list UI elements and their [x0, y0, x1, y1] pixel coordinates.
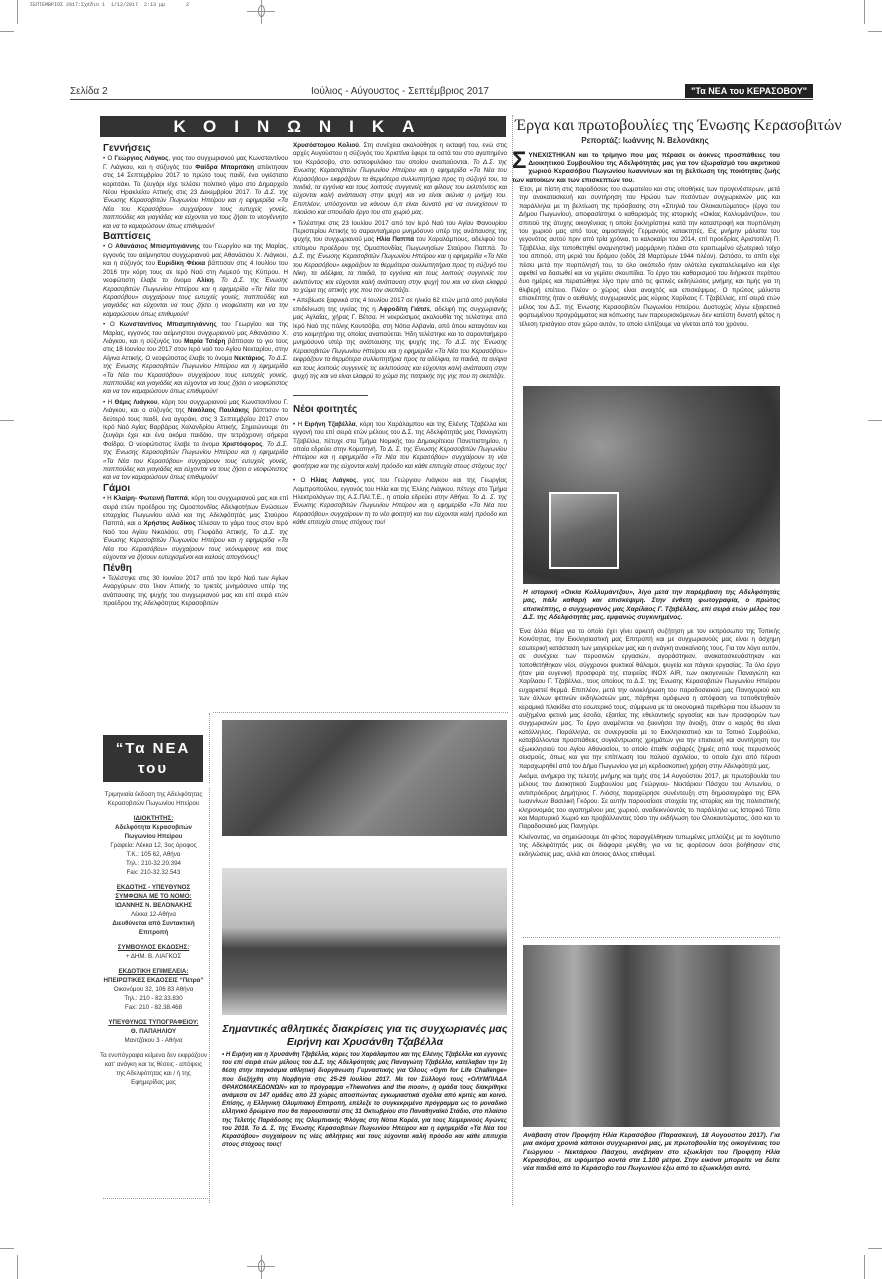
article-headline: Έργα και πρωτοβουλίες της Ένωσης Κερασοβ… — [515, 117, 842, 135]
crop-mark — [0, 420, 14, 421]
page-number: Σελίδα 2 — [70, 86, 108, 97]
section-banner: ΚΟΙΝΩΝΙΚΑ — [100, 116, 506, 137]
sports-body: • Η Ειρήνη και η Χρυσάνθη Τζαβέλλα, κόρε… — [222, 1051, 507, 1149]
print-slug: ΣΕΠΤΕΜΒΡΙΟΣ 2017:Σχέδιο 1 1/12/2017 2:13… — [30, 2, 189, 8]
social-column-2: Χρυσόστομου Κολιού. Στη συνέχεια ακολούθ… — [293, 142, 507, 656]
mourning-item: • Τελέστηκε στις 30 Ιουνίου 2017 από τον… — [103, 575, 288, 609]
article-paragraph: Έτσι, με πίστη στις παραδόσεις του σωματ… — [519, 186, 780, 329]
section-divider — [293, 395, 368, 396]
wedding-item: • Η Κλαίρη- Φωτεινή Παππά, κόρη του συγχ… — [103, 495, 288, 562]
issue-date: Ιούλιος - Αύγουστος - Σεπτέμβριος 2017 — [311, 86, 489, 97]
article-byline: Ρεπορτάζ: Ιωάννης Ν. Βελονάκης — [510, 136, 780, 145]
registration-mark — [258, 1260, 265, 1272]
newspaper-masthead: “Τα ΝΕΑ του ΚΕΡΑΣΟΒΟΥ” — [103, 735, 203, 782]
prophet-elias-group-photo — [523, 945, 780, 1127]
crop-mark — [868, 1248, 882, 1249]
mourning-item: • Τελέστηκε στις 23 Ιουλίου 2017 από τον… — [293, 220, 507, 296]
article-paragraph: Ένα άλλο θέμα για το οποίο έχει γίνει αρ… — [519, 628, 780, 861]
baptism-item: • Ο Αθανάσιος Μπισμπιγιάννης του Γεωργίο… — [103, 243, 288, 319]
mourning-heading: Πένθη — [103, 565, 288, 573]
crop-mark — [0, 31, 14, 32]
inset-photo-visitor — [549, 492, 619, 569]
imprint-box: Τριμηνιαία έκδοση της Αδελφότητας Κερασο… — [100, 790, 207, 1087]
team-photo-trophy — [222, 720, 507, 836]
student-item: • Η Ειρήνη Τζαβέλλα, κόρη του Χαράλαμπου… — [293, 421, 507, 471]
team-photo-stadium — [222, 868, 507, 1015]
crop-mark — [17, 0, 18, 24]
sports-headline: Σημαντικές αθλητικές διακρίσεις για τις … — [220, 1023, 510, 1049]
dotted-divider — [103, 1198, 208, 1199]
baptisms-heading: Βαπτίσεις — [103, 233, 288, 241]
brand-badge: "Τα ΝΕΑ του ΚΕΡΑΣΟΒΟΥ" — [685, 84, 813, 98]
page-header: Σελίδα 2 Ιούλιος - Αύγουστος - Σεπτέμβρι… — [70, 86, 813, 100]
mourning-item-cont: Χρυσόστομου Κολιού. Στη συνέχεια ακολούθ… — [293, 142, 507, 218]
student-item: • Ο Ηλίας Λιάγκος, γιος του Γεώργιου Λιά… — [293, 477, 507, 527]
crop-mark — [868, 31, 882, 32]
dotted-divider — [523, 937, 780, 938]
baptism-item: • Η Θέμις Λιάγκου, κόρη του συγχωριανού … — [103, 399, 288, 483]
registration-mark — [258, 5, 265, 17]
photo-caption: Η ιστορική «Οικία Κολλυμάντζου», λίγο με… — [523, 589, 780, 622]
crop-mark — [864, 1255, 865, 1279]
baptism-item: • Ο Κωνσταντίνος Μπισμπιγιάννης του Γεωρ… — [103, 321, 288, 397]
birth-item: • Ο Γεώργιος Λιάγκος, γιος του συγχωριαν… — [103, 155, 288, 231]
crop-mark — [868, 420, 882, 421]
crop-mark — [864, 0, 865, 24]
drop-cap: Σ — [512, 152, 526, 170]
weddings-heading: Γάμοι — [103, 485, 288, 493]
students-heading: Νέοι φοιτητές — [293, 406, 507, 414]
social-column-1: Γεννήσεις • Ο Γεώργιος Λιάγκος, γιος του… — [103, 143, 288, 611]
article-lead: ΣΥΝΕΧΙΣΤΗΚΑΝ και το τρίμηνο που μας πέρα… — [512, 152, 780, 185]
crop-mark — [0, 1248, 14, 1249]
column-divider — [512, 115, 513, 1205]
crop-mark — [17, 1255, 18, 1279]
dotted-divider — [213, 712, 508, 713]
photo-caption: Ανάβαση στον Προφήτη Ηλία Κερασόβου (Παρ… — [523, 1132, 780, 1173]
births-heading: Γεννήσεις — [103, 145, 288, 153]
mourning-item: • Απεβίωσε ξαφνικά στις 4 Ιουλίου 2017 σ… — [293, 297, 507, 381]
